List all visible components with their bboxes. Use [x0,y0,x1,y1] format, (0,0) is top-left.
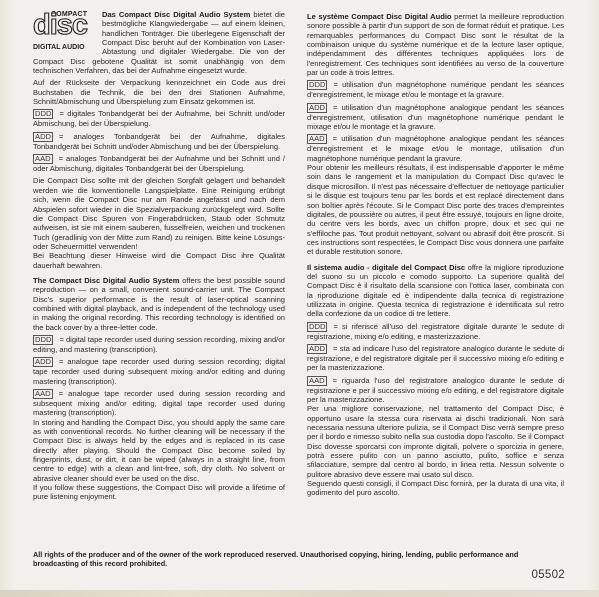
english-care: In storing and handling the Compact Disc… [33,418,285,483]
code-badge: ADD [33,357,53,367]
german-care: Die Compact Disc sollte mit der gleichen… [33,176,285,251]
french-code-add: ADD= utilisation d'un magnétophone analo… [307,103,564,132]
french-code-aad: AAD= utilisation d'un magnétophone analo… [307,134,564,163]
italian-code-ddd: DDD= si riferisce all'uso del registrato… [307,322,564,341]
insert-page: COMPACT disc DIGITAL AUDIO Das Compact D… [0,0,599,597]
english-intro: The Compact Disc Digital Audio System of… [33,276,285,332]
italian-closing: Seguendo questi consigli, il Compact Dis… [307,479,564,498]
code-badge: DDD [307,322,327,332]
code-badge: ADD [307,344,327,354]
french-intro: Le système Compact Disc Digital Audio pe… [307,12,564,77]
german-code-aad: AAD= analoges Tonbandgerät bei der Aufna… [33,154,285,173]
code-badge: AAD [307,134,327,144]
logo-disc-mark: disc [33,12,87,38]
english-code-add: ADD= analogue tape recorder used during … [33,357,285,386]
french-care: Pour obtenir les meilleurs résultats, il… [307,163,564,256]
italian-intro: Il sistema audio - digitale del Compact … [307,263,564,319]
german-code-ddd: DDD= digitales Tonbandgerät bei der Aufn… [33,109,285,128]
compact-disc-logo: COMPACT disc DIGITAL AUDIO [33,10,96,54]
italian-care: Per una migliore conservazione, nel trat… [307,404,564,479]
right-column: Le système Compact Disc Digital Audio pe… [307,10,564,498]
code-badge: ADD [307,103,327,113]
english-code-aad: AAD= analogue tape recorder used during … [33,389,285,418]
german-code-intro: Auf der Rückseite der Verpackung kennzei… [33,78,285,106]
logo-digital-audio-text: DIGITAL AUDIO [33,43,85,52]
code-badge: AAD [307,376,327,386]
french-code-ddd: DDD= utilisation d'un magnétophone numér… [307,80,564,99]
italian-code-add: ADD= sta ad indicare l'uso del registrat… [307,344,564,373]
page-edge [0,590,599,597]
code-badge: ADD [33,132,53,142]
code-badge: DDD [33,335,53,345]
english-code-ddd: DDD= digital tape recorder used during s… [33,335,285,354]
italian-code-aad: AAD= riguarda l'uso del registratore ana… [307,376,564,405]
code-badge: AAD [33,154,53,164]
german-closing: Bei Beachtung dieser Hinweise wird die C… [33,251,285,270]
german-code-add: ADD= analoges Tonbandgerät bei der Aufna… [33,132,285,151]
english-closing: If you follow these suggestions, the Com… [33,483,285,502]
code-badge: DDD [307,80,327,90]
code-badge: AAD [33,389,53,399]
rights-notice: All rights of the producer and of the ow… [33,550,565,569]
code-badge: DDD [33,109,53,119]
left-column: COMPACT disc DIGITAL AUDIO Das Compact D… [33,10,285,502]
catalog-number: 05502 [532,569,565,581]
